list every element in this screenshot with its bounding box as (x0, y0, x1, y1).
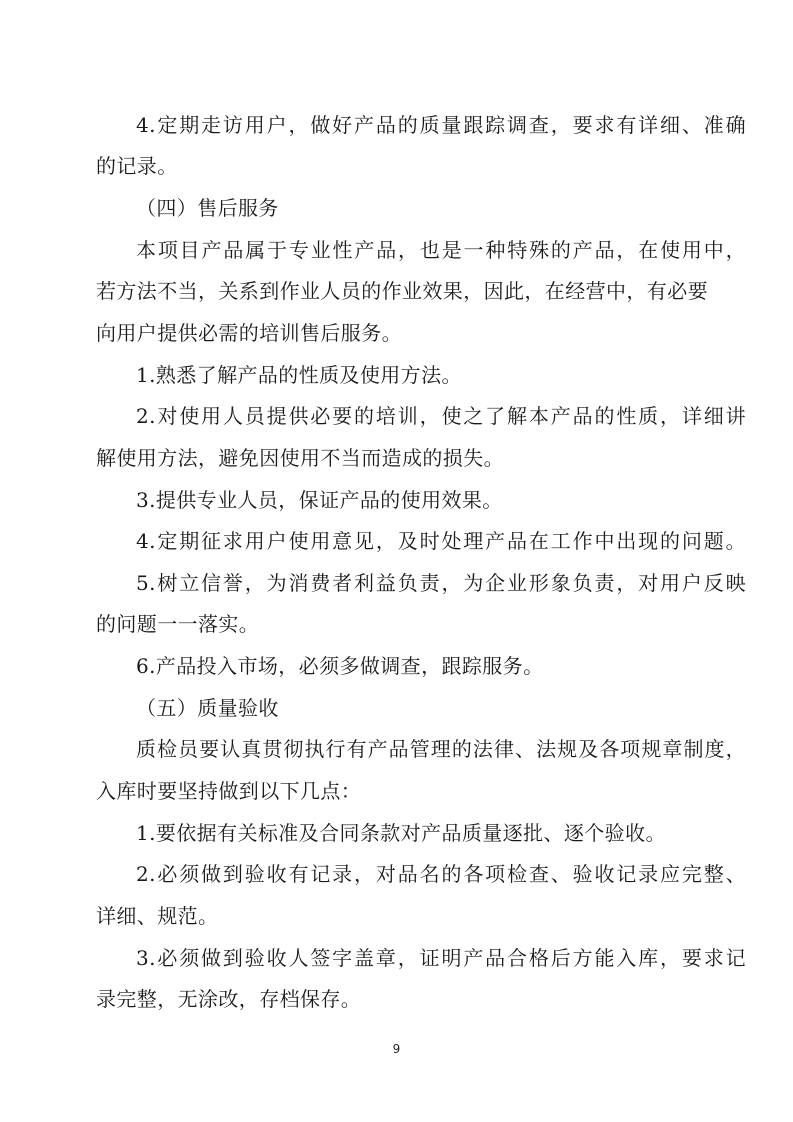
section-heading-quality-acceptance: （五）质量验收 (136, 696, 746, 720)
list-item: 3.必须做到验收人签字盖章，证明产品合格后方能入库，要求记 (136, 946, 746, 970)
page-number: 9 (0, 1042, 793, 1056)
list-item: 6.产品投入市场，必须多做调查，跟踪服务。 (136, 654, 746, 678)
section-heading-after-sales: （四）售后服务 (136, 196, 746, 220)
paragraph-line: 解使用方法，避免因使用不当而造成的损失。 (96, 446, 706, 470)
paragraph-line: 入库时要坚持做到以下几点： (96, 779, 706, 803)
paragraph-line: 的问题一一落实。 (96, 612, 706, 636)
paragraph-line: 4.定期走访用户，做好产品的质量跟踪调查，要求有详细、准确 (136, 113, 746, 137)
list-item: 2.必须做到验收有记录，对品名的各项检查、验收记录应完整、 (136, 862, 746, 886)
list-item: 2.对使用人员提供必要的培训，使之了解本产品的性质，详细讲 (136, 404, 746, 428)
paragraph-line: 若方法不当，关系到作业人员的作业效果，因此，在经营中，有必要 (96, 279, 706, 303)
paragraph-line: 详细、规范。 (96, 904, 706, 928)
paragraph-line: 本项目产品属于专业性产品，也是一种特殊的产品，在使用中， (136, 238, 746, 262)
document-page: 4.定期走访用户，做好产品的质量跟踪调查，要求有详细、准确 的记录。 （四）售后… (0, 0, 793, 1122)
paragraph-line: 质检员要认真贯彻执行有产品管理的法律、法规及各项规章制度， (136, 737, 746, 761)
paragraph-line: 的记录。 (96, 154, 706, 178)
list-item: 1.要依据有关标准及合同条款对产品质量逐批、逐个验收。 (136, 821, 746, 845)
list-item: 5.树立信誉，为消费者利益负责，为企业形象负责，对用户反映 (136, 571, 746, 595)
list-item: 3.提供专业人员，保证产品的使用效果。 (136, 488, 746, 512)
paragraph-line: 录完整，无涂改，存档保存。 (96, 987, 706, 1011)
paragraph-line: 向用户提供必需的培训售后服务。 (96, 321, 706, 345)
list-item: 4.定期征求用户使用意见，及时处理产品在工作中出现的问题。 (136, 529, 746, 553)
list-item: 1.熟悉了解产品的性质及使用方法。 (136, 363, 746, 387)
